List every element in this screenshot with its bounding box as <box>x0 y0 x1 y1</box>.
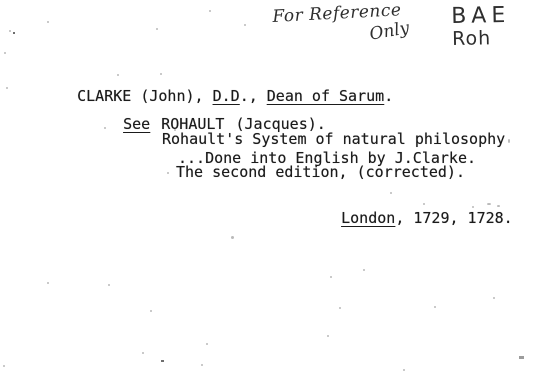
imprint-dates: , 1729, 1728. <box>395 209 512 227</box>
speckle <box>231 236 234 239</box>
speckle <box>150 310 152 312</box>
speckle <box>423 203 425 205</box>
speckle <box>6 87 8 89</box>
speckle <box>327 335 329 337</box>
speckle <box>108 284 110 286</box>
speckle <box>160 73 162 75</box>
see-label: See <box>123 115 150 133</box>
imprint-place: London <box>341 209 395 227</box>
speckle <box>3 365 5 367</box>
speckle <box>493 297 495 299</box>
speckle <box>167 172 169 174</box>
speckle <box>390 192 392 194</box>
imprint-line: London, 1729, 1728. <box>305 196 513 241</box>
speckle <box>206 343 208 345</box>
speckle <box>201 364 203 366</box>
speckle <box>434 306 436 308</box>
handwritten-shelfmark-line1: BAE <box>451 3 510 29</box>
speckle <box>508 139 510 143</box>
speckle <box>156 28 158 30</box>
speckle <box>403 369 405 371</box>
heading-period: . <box>384 87 393 105</box>
speckle <box>339 307 341 309</box>
speckle <box>117 74 119 76</box>
description-line-1: Rohault's System of natural philosophy <box>162 132 505 147</box>
speckle <box>142 352 144 354</box>
library-catalog-card: For Reference Only BAE Roh CLARKE (John)… <box>0 0 550 374</box>
speckle <box>487 203 491 205</box>
handwritten-shelfmark-line2: Roh <box>452 27 491 50</box>
speckle <box>4 52 6 54</box>
speckle <box>209 10 211 12</box>
speckle <box>244 24 246 26</box>
speckle <box>161 360 164 362</box>
speckle <box>13 32 15 34</box>
speckle <box>9 30 11 32</box>
speckle <box>363 269 365 271</box>
speckle <box>519 356 524 359</box>
handwritten-reference-note-line2: Only <box>368 18 411 45</box>
speckle <box>104 127 106 129</box>
speckle <box>47 21 49 23</box>
speckle <box>174 129 176 131</box>
speckle <box>497 205 500 207</box>
speckle <box>472 206 474 208</box>
description-line-3: The second edition, (corrected). <box>176 165 465 180</box>
speckle <box>47 282 49 284</box>
speckle <box>330 276 332 278</box>
